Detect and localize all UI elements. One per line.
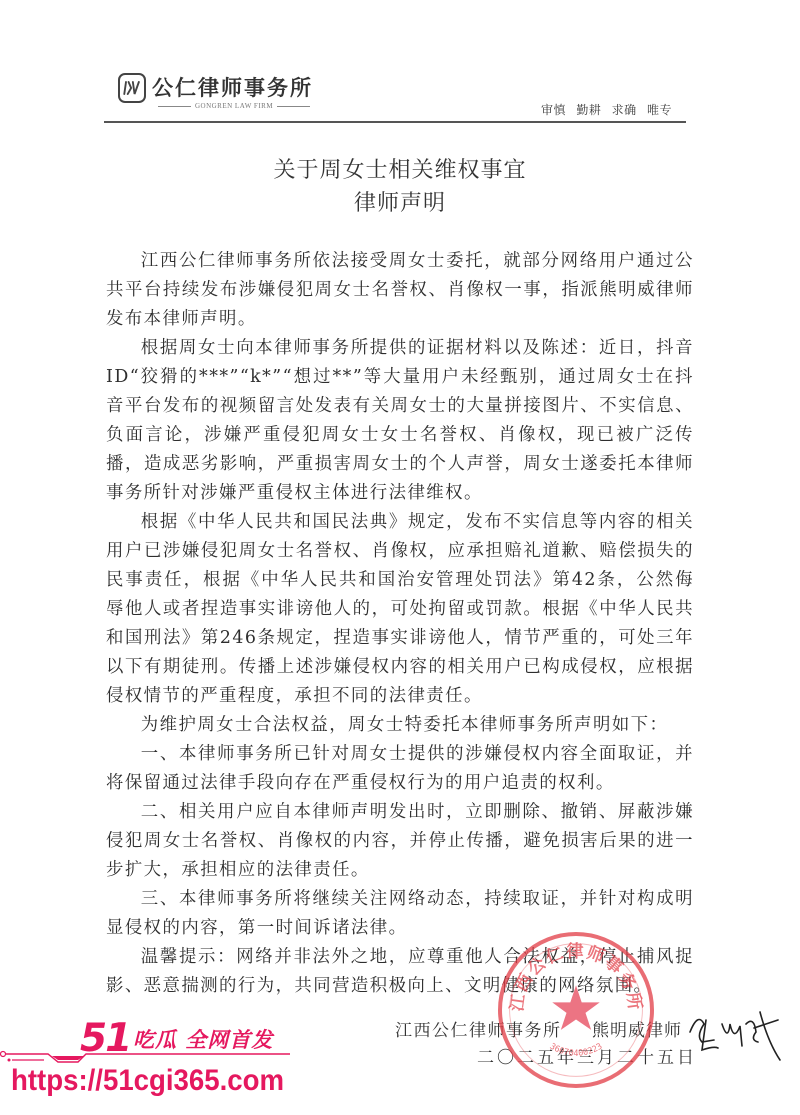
watermark-url: https://51cgi365.com <box>11 1064 284 1098</box>
handwritten-signature-icon <box>684 1002 784 1062</box>
document-subtitle: 律师声明 <box>0 186 800 217</box>
paragraph-item-2: 二、相关用户应自本律师声明发出时，立即删除、撤销、屏蔽涉嫌侵犯周女士名誉权、肖像… <box>106 798 694 885</box>
site-watermark: 51 吃瓜 全网首发 https://51cgi365.com <box>0 1010 330 1115</box>
divider <box>277 106 310 107</box>
document-title: 关于周女士相关维权事宜 <box>0 153 800 184</box>
paragraph-reminder: 温馨提示：网络并非法外之地，应尊重他人合法权益，停止捕风捉影、恶意揣测的行为，共… <box>106 943 694 1001</box>
letterhead: 公仁律师事务所 GONGREN LAW FIRM 审慎 勤耕 求确 唯专 <box>0 0 800 125</box>
signature-firm: 江西公仁律师事务所 <box>395 1016 562 1041</box>
paragraph-item-3: 三、本律师事务所将继续关注网络动态，持续取证，并针对构成明显侵权的内容，第一时间… <box>106 885 694 943</box>
firm-name: 公仁律师事务所 <box>152 72 313 102</box>
header-divider <box>104 121 686 123</box>
paragraph-declaration-lead: 为维护周女士合法权益，周女士特委托本律师事务所声明如下： <box>106 711 694 740</box>
firm-motto: 审慎 勤耕 求确 唯专 <box>541 101 672 118</box>
law-firm-logo-icon <box>118 73 146 103</box>
signature-date: 二〇二五年三月二十五日 <box>477 1043 697 1068</box>
statement-body: 江西公仁律师事务所依法接受周女士委托，就部分网络用户通过公共平台持续发布涉嫌侵犯… <box>106 247 694 1001</box>
paragraph-intro: 江西公仁律师事务所依法接受周女士委托，就部分网络用户通过公共平台持续发布涉嫌侵犯… <box>106 247 694 334</box>
firm-name-english: GONGREN LAW FIRM <box>158 102 310 110</box>
paragraph-legal-basis: 根据《中华人民共和国民法典》规定，发布不实信息等内容的相关用户已涉嫌侵犯周女士名… <box>106 508 694 711</box>
divider <box>158 106 191 107</box>
firm-name-english-text: GONGREN LAW FIRM <box>195 102 273 110</box>
paragraph-facts: 根据周女士向本律师事务所提供的证据材料以及陈述：近日，抖音ID“狡猾的***”“… <box>106 334 694 508</box>
paragraph-item-1: 一、本律师事务所已针对周女士提供的涉嫌侵权内容全面取证，并将保留通过法律手段向存… <box>106 740 694 798</box>
signature-lawyer: 熊明威律师 <box>592 1016 682 1041</box>
